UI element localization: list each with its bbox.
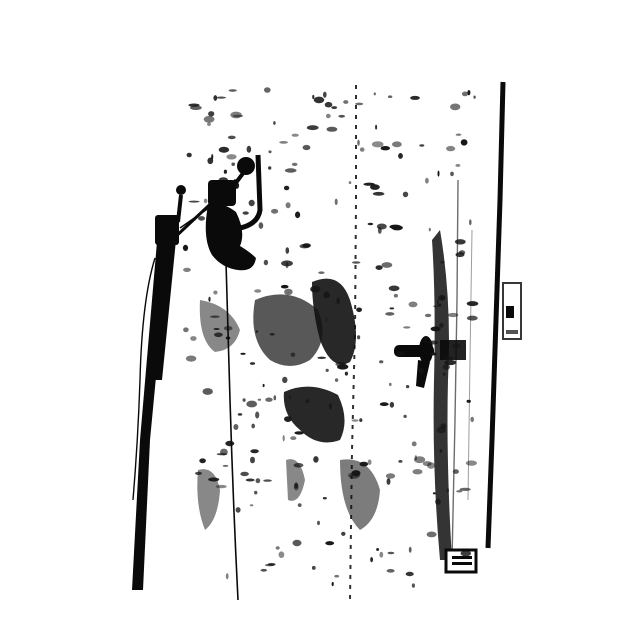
photo-scene	[0, 0, 640, 640]
light-switch	[503, 283, 521, 339]
